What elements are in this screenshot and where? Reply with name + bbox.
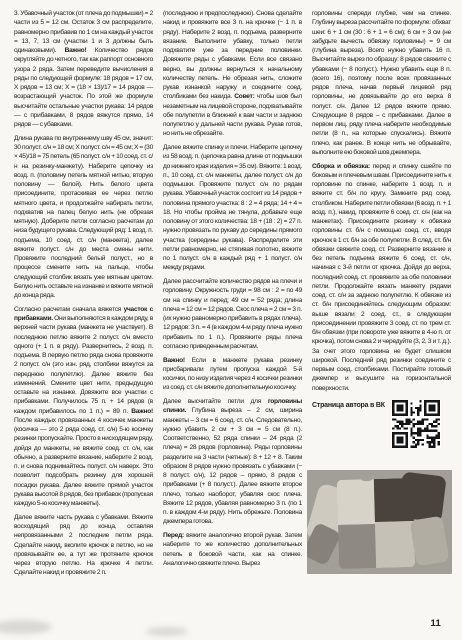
paragraph: Далее рассчитайте количество рядов на пл… bbox=[163, 277, 302, 351]
text-column-1: 3. Убавочный участок (от плеча до подмыш… bbox=[14, 9, 153, 582]
paragraph: 3. Убавочный участок (от плеча до подмыш… bbox=[14, 9, 153, 129]
paragraph: Перед: вяжите аналогично второй рукав. З… bbox=[163, 531, 302, 568]
vk-author-row: Страница автора в ВК bbox=[312, 400, 451, 448]
sweater-photo bbox=[307, 470, 452, 574]
photo-block-bottom-right bbox=[375, 521, 415, 568]
scan-smudge bbox=[146, 627, 188, 636]
page-number: 11 bbox=[431, 618, 441, 629]
paragraph: Далее высчитайте петли для горловины спи… bbox=[163, 397, 302, 527]
magazine-page: 3. Убавочный участок (от плеча до подмыш… bbox=[0, 0, 462, 640]
text-columns: 3. Убавочный участок (от плеча до подмыш… bbox=[14, 9, 451, 582]
vk-author-label: Страница автора в ВК bbox=[312, 400, 385, 409]
paragraph: Далее вяжите часть рукава с убавками. Вя… bbox=[14, 513, 153, 578]
photo-right-sleeve bbox=[410, 515, 450, 566]
qr-code-icon bbox=[391, 400, 441, 448]
photo-block-top-left bbox=[337, 479, 375, 525]
column-3-text: горловины спереди глубже, чем на спинке.… bbox=[312, 9, 451, 393]
paragraph: Важно! Если в манжете рукава резинку при… bbox=[163, 356, 302, 393]
paragraph: Далее вяжите спинку и плечи. Наберите це… bbox=[163, 143, 302, 273]
scan-smudge bbox=[0, 620, 52, 634]
paragraph: Согласно расчетам сначала вяжется участо… bbox=[14, 305, 153, 509]
paragraph: горловины спереди глубже, чем на спинке.… bbox=[312, 9, 451, 157]
paragraph: (последнюю и предпоследнюю). Снова сдела… bbox=[163, 9, 302, 139]
text-column-2: (последнюю и предпоследнюю). Снова сдела… bbox=[163, 9, 302, 582]
photo-right-shoulder bbox=[397, 471, 446, 522]
photo-block-bottom-left bbox=[338, 524, 376, 569]
paragraph: Длина рукава по внутреннему шву 45 см, з… bbox=[14, 134, 153, 301]
text-column-3: горловины спереди глубже, чем на спинке.… bbox=[312, 9, 451, 582]
paragraph: Сборка и обвязка: перед и спинку сшейте … bbox=[312, 162, 451, 393]
